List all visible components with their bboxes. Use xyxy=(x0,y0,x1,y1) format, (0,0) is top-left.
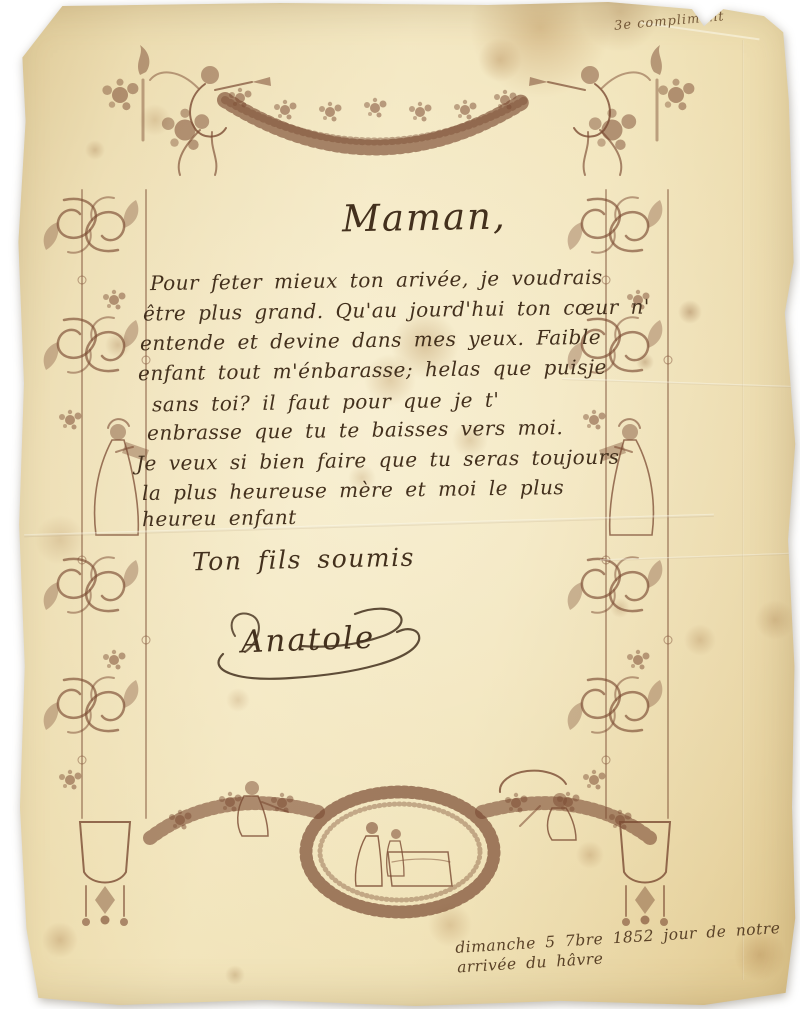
border-flowers-bottom-left xyxy=(150,781,318,838)
fold-crease xyxy=(600,553,796,562)
letter-line: entende et devine dans mes yeux. Faible xyxy=(140,325,601,355)
border-medallion xyxy=(306,792,494,912)
fold-crease xyxy=(742,40,744,980)
letter-line: Je veux si bien faire que tu seras toujo… xyxy=(136,445,620,476)
date-annotation-line: dimanche 5 7bre 1852 jour de notre xyxy=(455,919,781,957)
border-tassel-left xyxy=(80,822,130,926)
letter-signature: Anatole xyxy=(205,596,455,696)
border-medallion-scene xyxy=(355,822,452,886)
letter-line: la plus heureuse mère et moi le plus xyxy=(142,475,564,505)
border-putto-left xyxy=(138,45,271,175)
letter-closing: Ton fils soumis xyxy=(192,543,415,577)
letter-line: heureu enfant xyxy=(142,505,297,531)
border-garland xyxy=(102,79,694,150)
engraved-border xyxy=(0,0,800,1009)
letter-line: enbrasse que tu te baisses vers moi. xyxy=(147,415,564,445)
letter-salutation: Maman, xyxy=(342,195,507,241)
letter-line: enfant tout m'énbarasse; helas que puisj… xyxy=(138,355,607,386)
scanned-letter: 3e compliment Maman, Pour feter mieux to… xyxy=(0,0,800,1009)
fold-crease xyxy=(562,378,794,388)
border-putto-right xyxy=(529,45,662,175)
border-column-left xyxy=(44,190,150,818)
letter-line: sans toi? il faut pour que je t' xyxy=(152,388,500,417)
border-flowers-bottom-right xyxy=(482,771,650,840)
letter-paper: 3e compliment Maman, Pour feter mieux to… xyxy=(0,0,800,1009)
archival-annotation: 3e compliment xyxy=(614,9,726,34)
letter-line: Pour feter mieux ton arivée, je voudrais xyxy=(150,265,603,295)
paper-shadow: 3e compliment Maman, Pour feter mieux to… xyxy=(0,0,800,1009)
border-tassel-right xyxy=(620,822,670,926)
signature-name: Anatole xyxy=(240,620,375,661)
border-figure-right xyxy=(599,419,653,535)
letter-line: être plus grand. Qu'au jourd'hui ton cœu… xyxy=(143,294,650,325)
fold-crease xyxy=(24,514,714,537)
border-figure-left xyxy=(95,419,149,535)
